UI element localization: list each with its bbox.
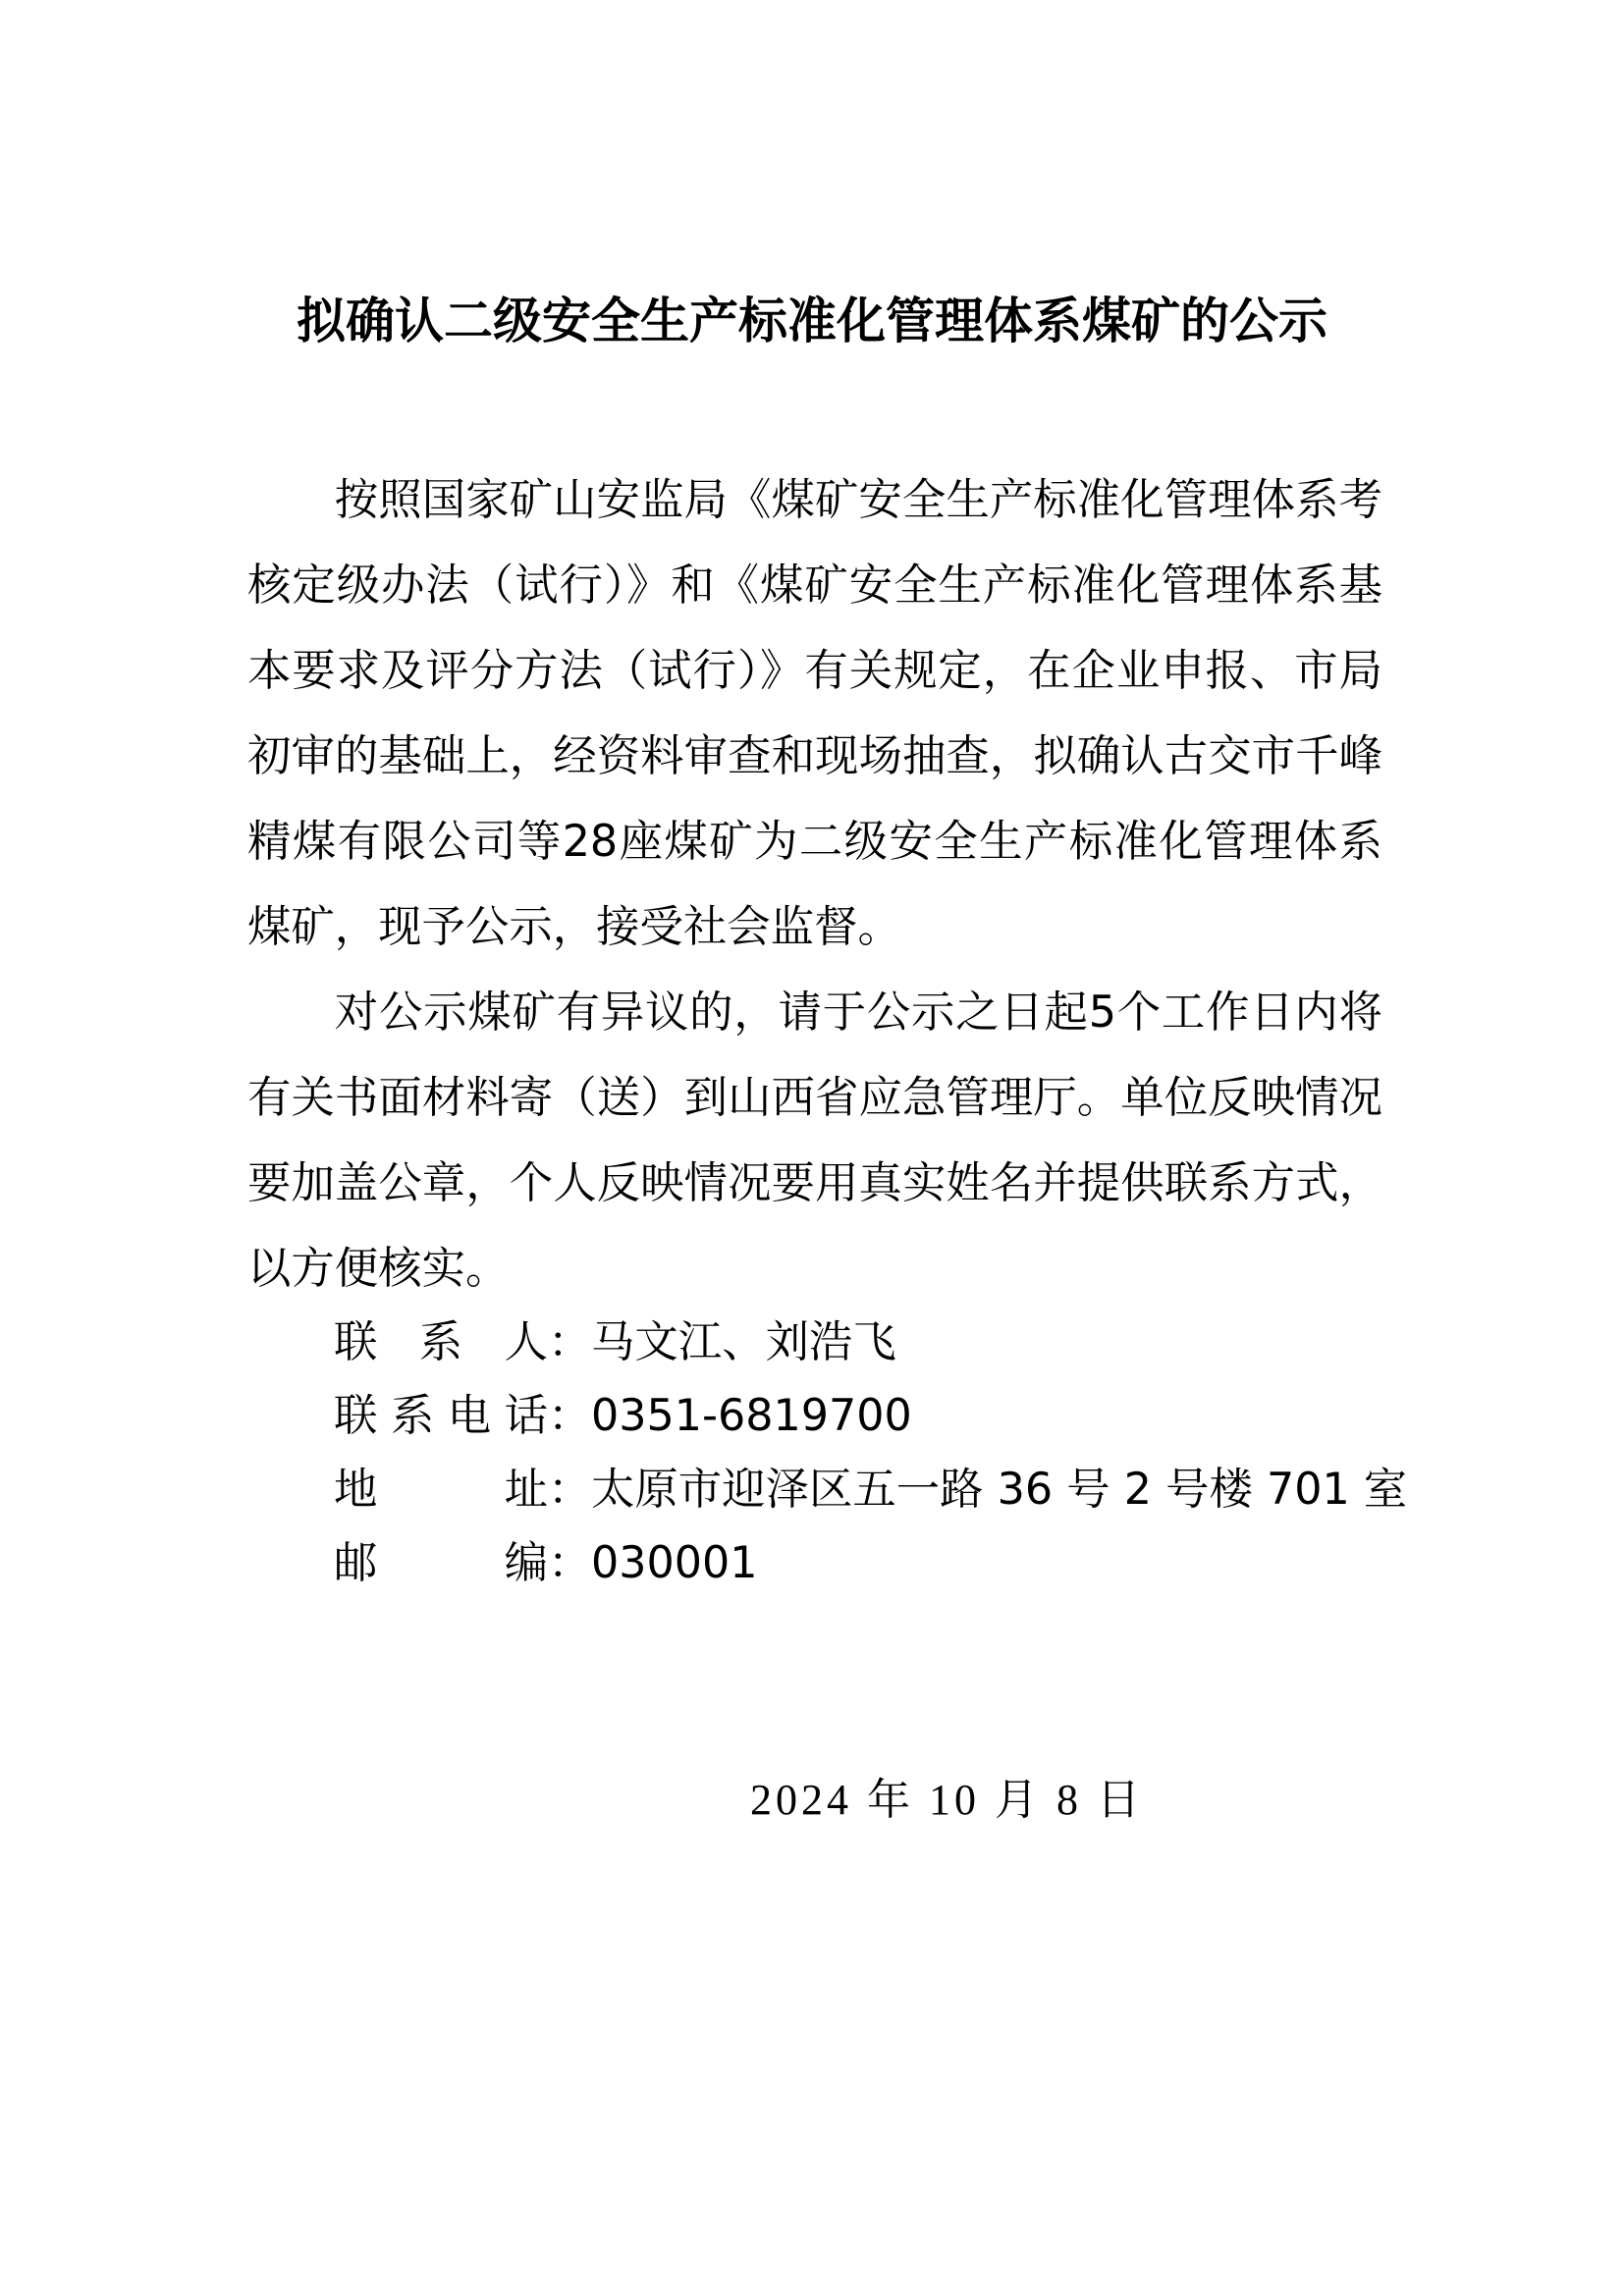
document-page: 拟确认二级安全生产标准化管理体系煤矿的公示 按照国家矿山安监局《煤矿安全生产标准…: [0, 0, 1624, 2296]
contact-postcode-value: 030001: [591, 1526, 757, 1600]
contact-row-postcode: 邮编 ： 030001: [334, 1526, 1407, 1600]
paragraph-2-text: 对公示煤矿有异议的，请于公示之日起5个工作日内将有关书面材料寄（送）到山西省应急…: [247, 970, 1382, 1311]
paragraph-2: 对公示煤矿有异议的，请于公示之日起5个工作日内将有关书面材料寄（送）到山西省应急…: [247, 970, 1382, 1311]
document-date: 2024 年 10 月 8 日: [750, 1771, 1144, 1830]
contact-info: 联系人 ： 马文江、刘浩飞 联系电话 ： 0351-6819700 地址 ： 太…: [334, 1306, 1407, 1600]
contact-postcode-label: 邮编: [334, 1526, 548, 1600]
contact-colon: ：: [548, 1379, 591, 1453]
paragraph-1: 按照国家矿山安监局《煤矿安全生产标准化管理体系考核定级办法（试行）》和《煤矿安全…: [247, 457, 1382, 970]
contact-colon: ：: [548, 1526, 591, 1600]
contact-person-value: 马文江、刘浩飞: [591, 1306, 896, 1379]
contact-person-label: 联系人: [334, 1306, 548, 1379]
contact-row-phone: 联系电话 ： 0351-6819700: [334, 1379, 1407, 1453]
contact-row-person: 联系人 ： 马文江、刘浩飞: [334, 1306, 1407, 1379]
contact-address-label: 地址: [334, 1453, 548, 1526]
contact-colon: ：: [548, 1306, 591, 1379]
contact-phone-label: 联系电话: [334, 1379, 548, 1453]
contact-address-value: 太原市迎泽区五一路 36 号 2 号楼 701 室: [591, 1453, 1407, 1526]
contact-phone-value: 0351-6819700: [591, 1379, 912, 1453]
document-title: 拟确认二级安全生产标准化管理体系煤矿的公示: [0, 287, 1624, 355]
contact-row-address: 地址 ： 太原市迎泽区五一路 36 号 2 号楼 701 室: [334, 1453, 1407, 1526]
paragraph-1-text: 按照国家矿山安监局《煤矿安全生产标准化管理体系考核定级办法（试行）》和《煤矿安全…: [247, 457, 1382, 970]
contact-colon: ：: [548, 1453, 591, 1526]
